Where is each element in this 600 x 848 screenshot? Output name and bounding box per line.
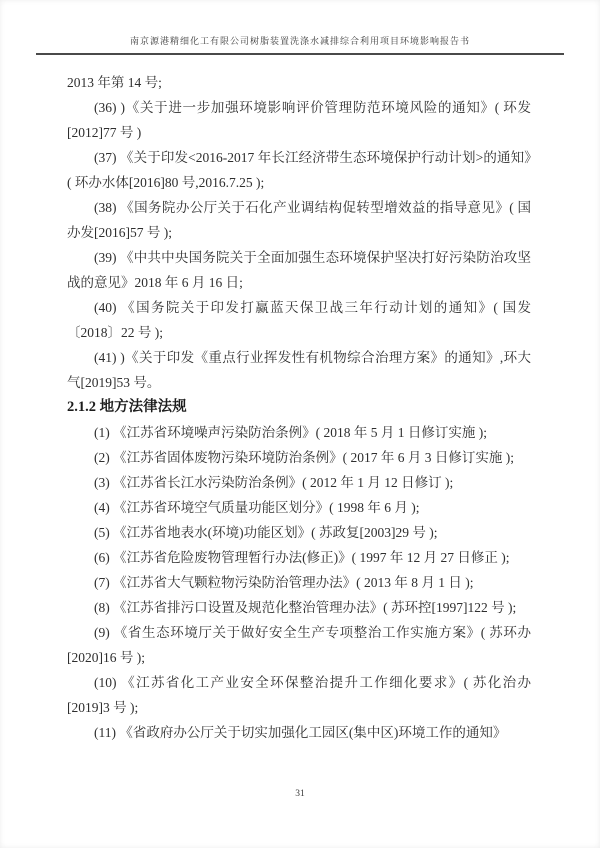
page-header: 南京源港精细化工有限公司树脂装置洗涤水减排综合利用项目环境影响报告书 <box>36 34 564 55</box>
list-item-41: (41) )《关于印发《重点行业挥发性有机物综合治理方案》的通知》,环大气[20… <box>67 345 531 395</box>
list-item-39: (39) 《中共中央国务院关于全面加强生态环境保护坚决打好污染防治攻坚战的意见》… <box>67 245 531 295</box>
list-item-11: (11) 《省政府办公厅关于切实加强化工园区(集中区)环境工作的通知》 <box>67 720 531 745</box>
continuation-line: 2013 年第 14 号; <box>67 70 531 95</box>
page-body: 2013 年第 14 号; (36) )《关于进一步加强环境影响评价管理防范环境… <box>67 70 531 745</box>
list-item-37: (37) 《关于印发<2016-2017 年长江经济带生态环境保护行动计划>的通… <box>67 145 531 195</box>
list-item-5: (5) 《江苏省地表水(环境)功能区划》( 苏政复[2003]29 号 ); <box>67 520 531 545</box>
list-item-8: (8) 《江苏省排污口设置及规范化整治管理办法》( 苏环控[1997]122 号… <box>67 595 531 620</box>
list-item-2: (2) 《江苏省固体废物污染环境防治条例》( 2017 年 6 月 3 日修订实… <box>67 445 531 470</box>
list-item-9: (9) 《省生态环境厅关于做好安全生产专项整治工作实施方案》( 苏环办[2020… <box>67 620 531 670</box>
page-footer: 31 <box>0 783 600 801</box>
header-title: 南京源港精细化工有限公司树脂装置洗涤水减排综合利用项目环境影响报告书 <box>36 34 564 47</box>
page-number: 31 <box>295 789 305 799</box>
list-item-36: (36) )《关于进一步加强环境影响评价管理防范环境风险的通知》( 环发[201… <box>67 95 531 145</box>
list-item-6: (6) 《江苏省危险废物管理暂行办法(修正)》( 1997 年 12 月 27 … <box>67 545 531 570</box>
list-item-38: (38) 《国务院办公厅关于石化产业调结构促转型增效益的指导意见》( 国办发[2… <box>67 195 531 245</box>
report-page: 南京源港精细化工有限公司树脂装置洗涤水减排综合利用项目环境影响报告书 2013 … <box>0 0 600 848</box>
list-item-7: (7) 《江苏省大气颗粒物污染防治管理办法》( 2013 年 8 月 1 日 )… <box>67 570 531 595</box>
list-item-10: (10) 《江苏省化工产业安全环保整治提升工作细化要求》( 苏化治办[2019]… <box>67 670 531 720</box>
list-item-3: (3) 《江苏省长江水污染防治条例》( 2012 年 1 月 12 日修订 ); <box>67 470 531 495</box>
list-item-1: (1) 《江苏省环境噪声污染防治条例》( 2018 年 5 月 1 日修订实施 … <box>67 420 531 445</box>
list-item-40: (40) 《国务院关于印发打赢蓝天保卫战三年行动计划的通知》( 国发〔2018〕… <box>67 295 531 345</box>
section-heading: 2.1.2 地方法律法规 <box>67 395 531 420</box>
list-item-4: (4) 《江苏省环境空气质量功能区划分》( 1998 年 6 月 ); <box>67 495 531 520</box>
